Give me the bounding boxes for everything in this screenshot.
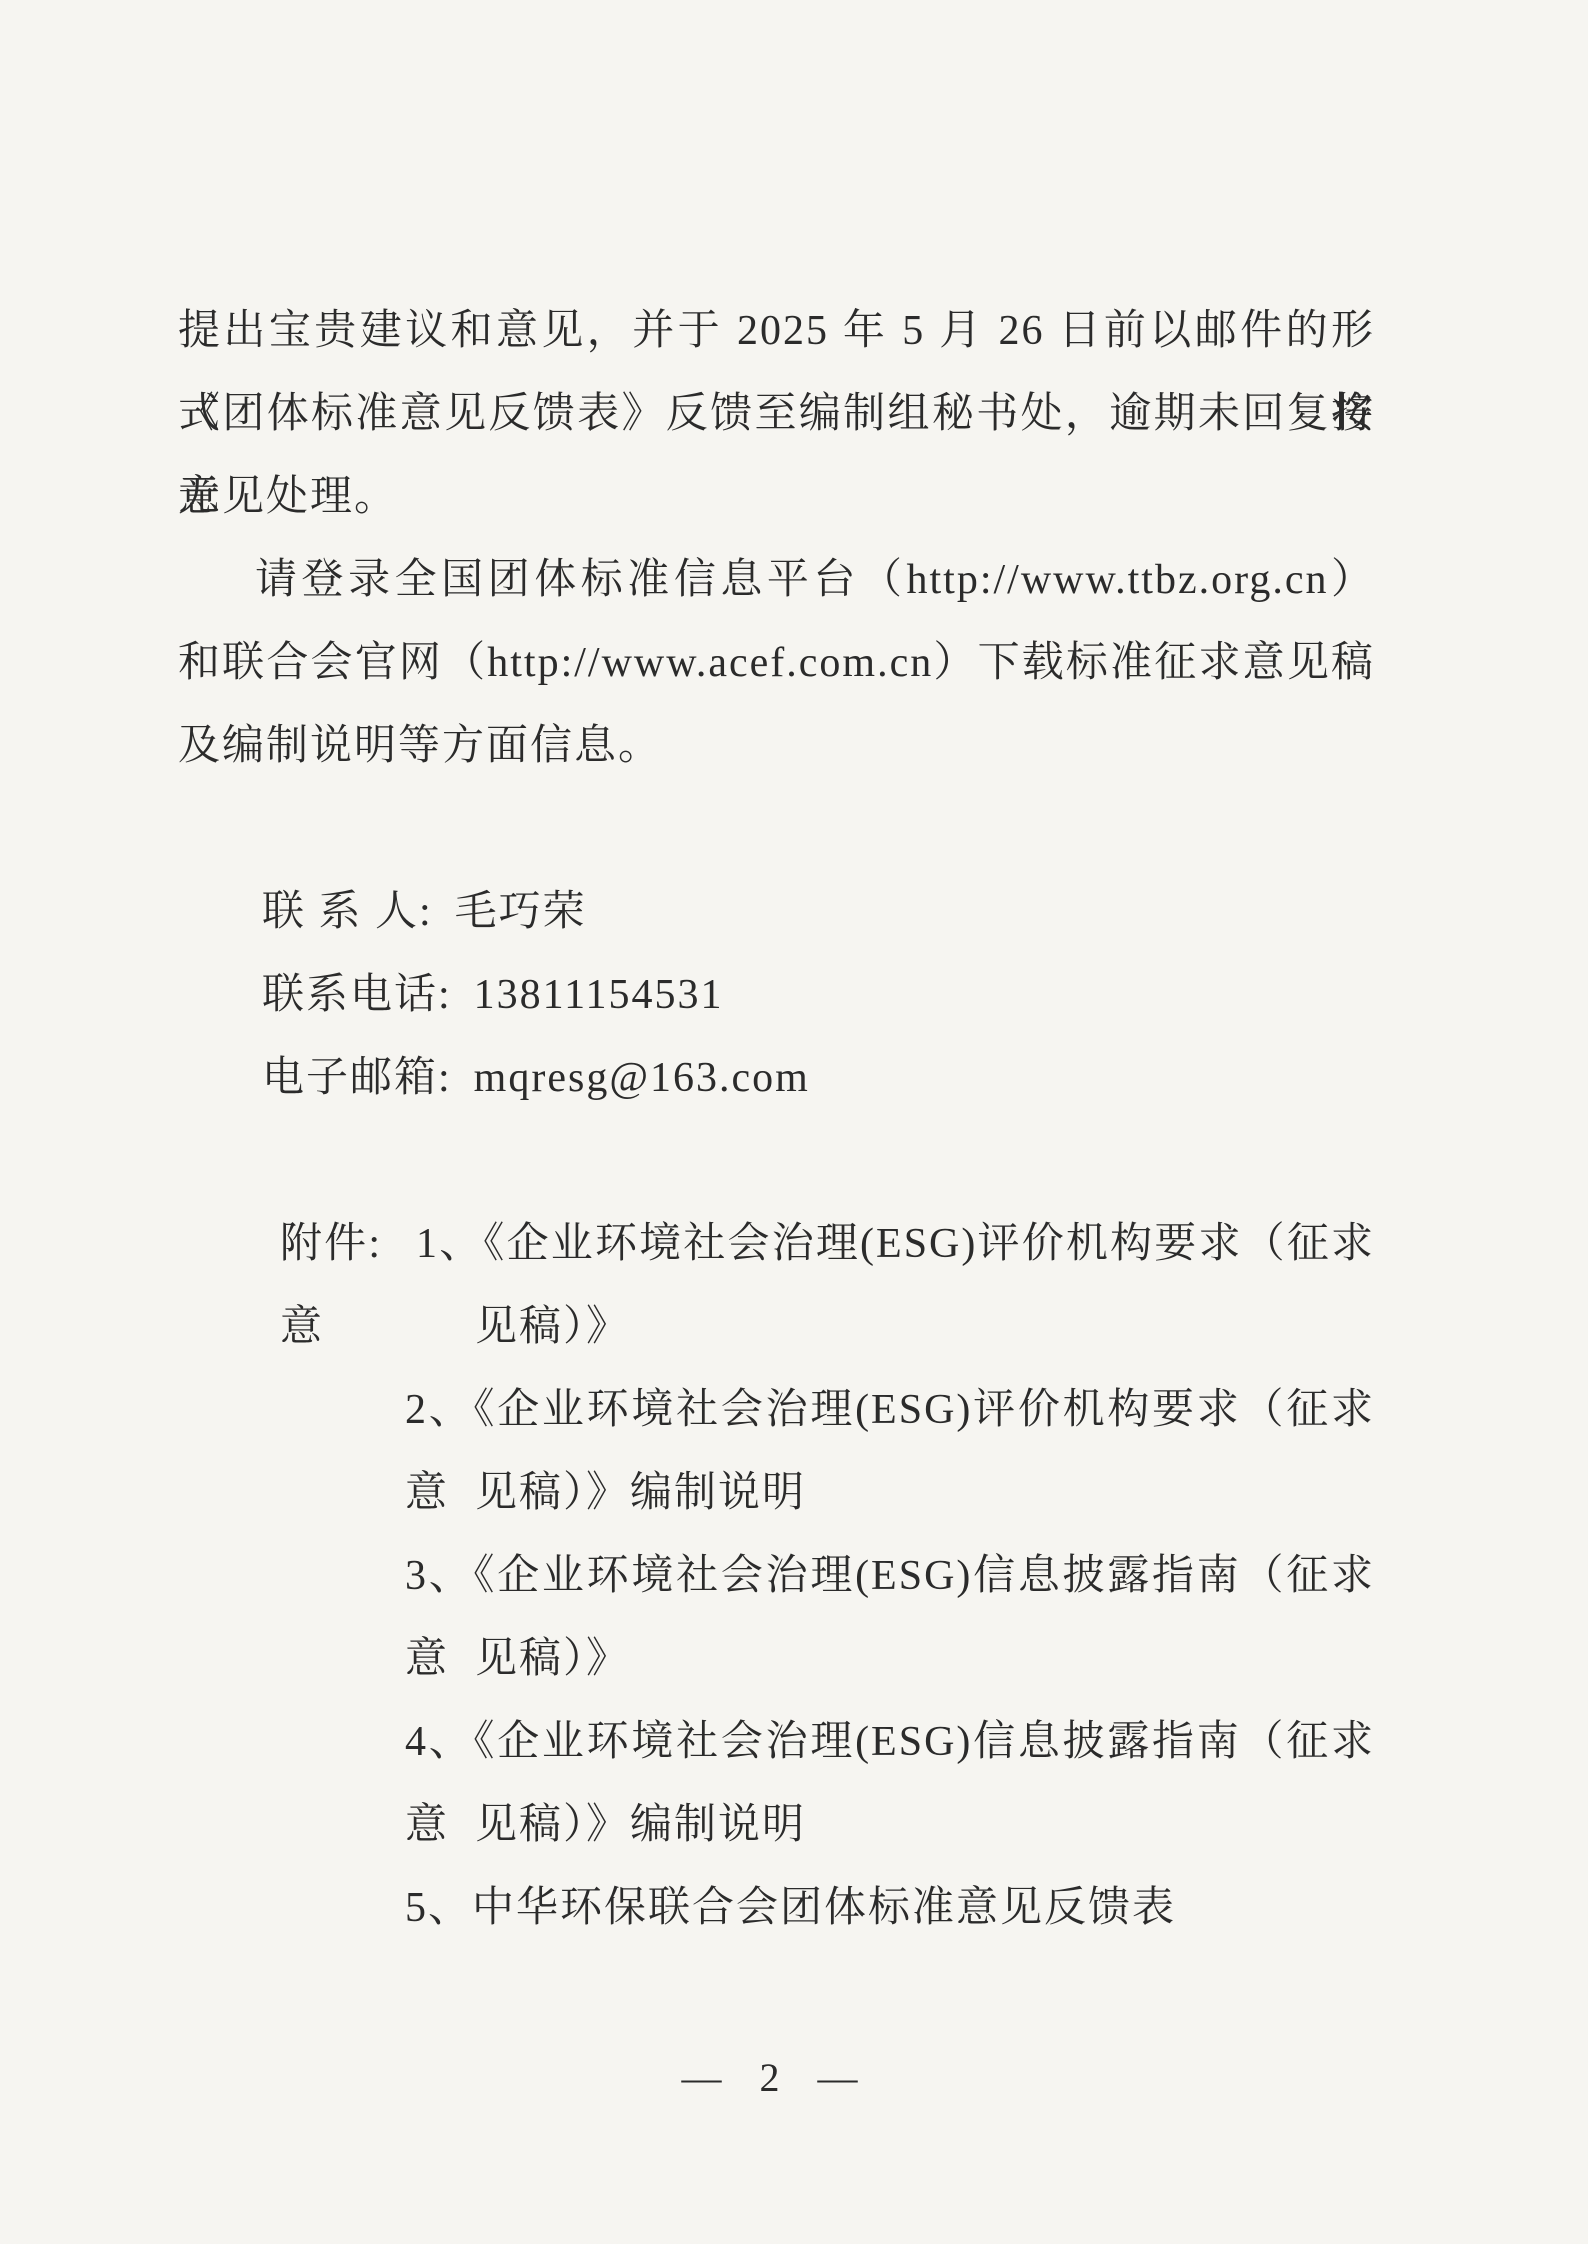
attachment-1-number: 1、 [416, 1221, 483, 1267]
document-body: 提出宝贵建议和意见，并于 2025 年 5 月 26 日前以邮件的形式将 《团体… [178, 290, 1375, 1950]
attachment-item-3-line1: 3、《企业环境社会治理(ESG)信息披露指南（征求意 [178, 1535, 1375, 1618]
contact-phone-label: 联系电话: [262, 972, 452, 1018]
blank-line [178, 1120, 1375, 1203]
attachment-item-3-line2: 见稿）》 [178, 1618, 1375, 1701]
attachment-5-text: 中华环保联合会团体标准意见反馈表 [472, 1885, 1176, 1931]
para1-line2: 《团体标准意见反馈表》反馈至编制组秘书处，逾期未回复按无 [178, 373, 1375, 456]
attachment-item-1-line2: 见稿）》 [178, 1286, 1375, 1369]
contact-phone-value: 13811154531 [474, 972, 724, 1018]
para2-line3: 及编制说明等方面信息。 [178, 705, 1375, 788]
para2-line2: 和联合会官网（http://www.acef.com.cn）下载标准征求意见稿 [178, 622, 1375, 705]
attachment-2-number: 2、 [405, 1387, 473, 1433]
attachment-item-4-line2: 见稿）》编制说明 [178, 1784, 1375, 1867]
contact-email-label: 电子邮箱: [262, 1055, 452, 1101]
attachment-item-5-line1: 5、中华环保联合会团体标准意见反馈表 [178, 1867, 1375, 1950]
attachments-label: 附件: [280, 1221, 382, 1267]
blank-line [178, 788, 1375, 871]
para1-line3: 意见处理。 [178, 456, 1375, 539]
attachment-item-1-line1: 附件:1、《企业环境社会治理(ESG)评价机构要求（征求意 [178, 1203, 1375, 1286]
page-number: — 2 — [178, 2036, 1375, 2119]
attachment-4-number: 4、 [405, 1719, 473, 1765]
contact-person-line: 联 系 人:毛巧荣 [178, 871, 1375, 954]
attachment-item-2-line2: 见稿）》编制说明 [178, 1452, 1375, 1535]
contact-person-value: 毛巧荣 [455, 889, 587, 935]
contact-phone-line: 联系电话:13811154531 [178, 954, 1375, 1037]
document-page: 提出宝贵建议和意见，并于 2025 年 5 月 26 日前以邮件的形式将 《团体… [0, 0, 1588, 2244]
contact-person-label: 联 系 人: [262, 889, 433, 935]
para2-line1: 请登录全国团体标准信息平台（http://www.ttbz.org.cn） [178, 539, 1375, 622]
attachment-item-2-line1: 2、《企业环境社会治理(ESG)评价机构要求（征求意 [178, 1369, 1375, 1452]
para1-line1: 提出宝贵建议和意见，并于 2025 年 5 月 26 日前以邮件的形式将 [178, 290, 1375, 373]
attachment-3-number: 3、 [405, 1553, 473, 1599]
attachment-item-4-line1: 4、《企业环境社会治理(ESG)信息披露指南（征求意 [178, 1701, 1375, 1784]
attachment-5-number: 5、 [405, 1885, 472, 1931]
contact-email-line: 电子邮箱:mqresg@163.com [178, 1037, 1375, 1120]
contact-email-value: mqresg@163.com [474, 1055, 810, 1101]
